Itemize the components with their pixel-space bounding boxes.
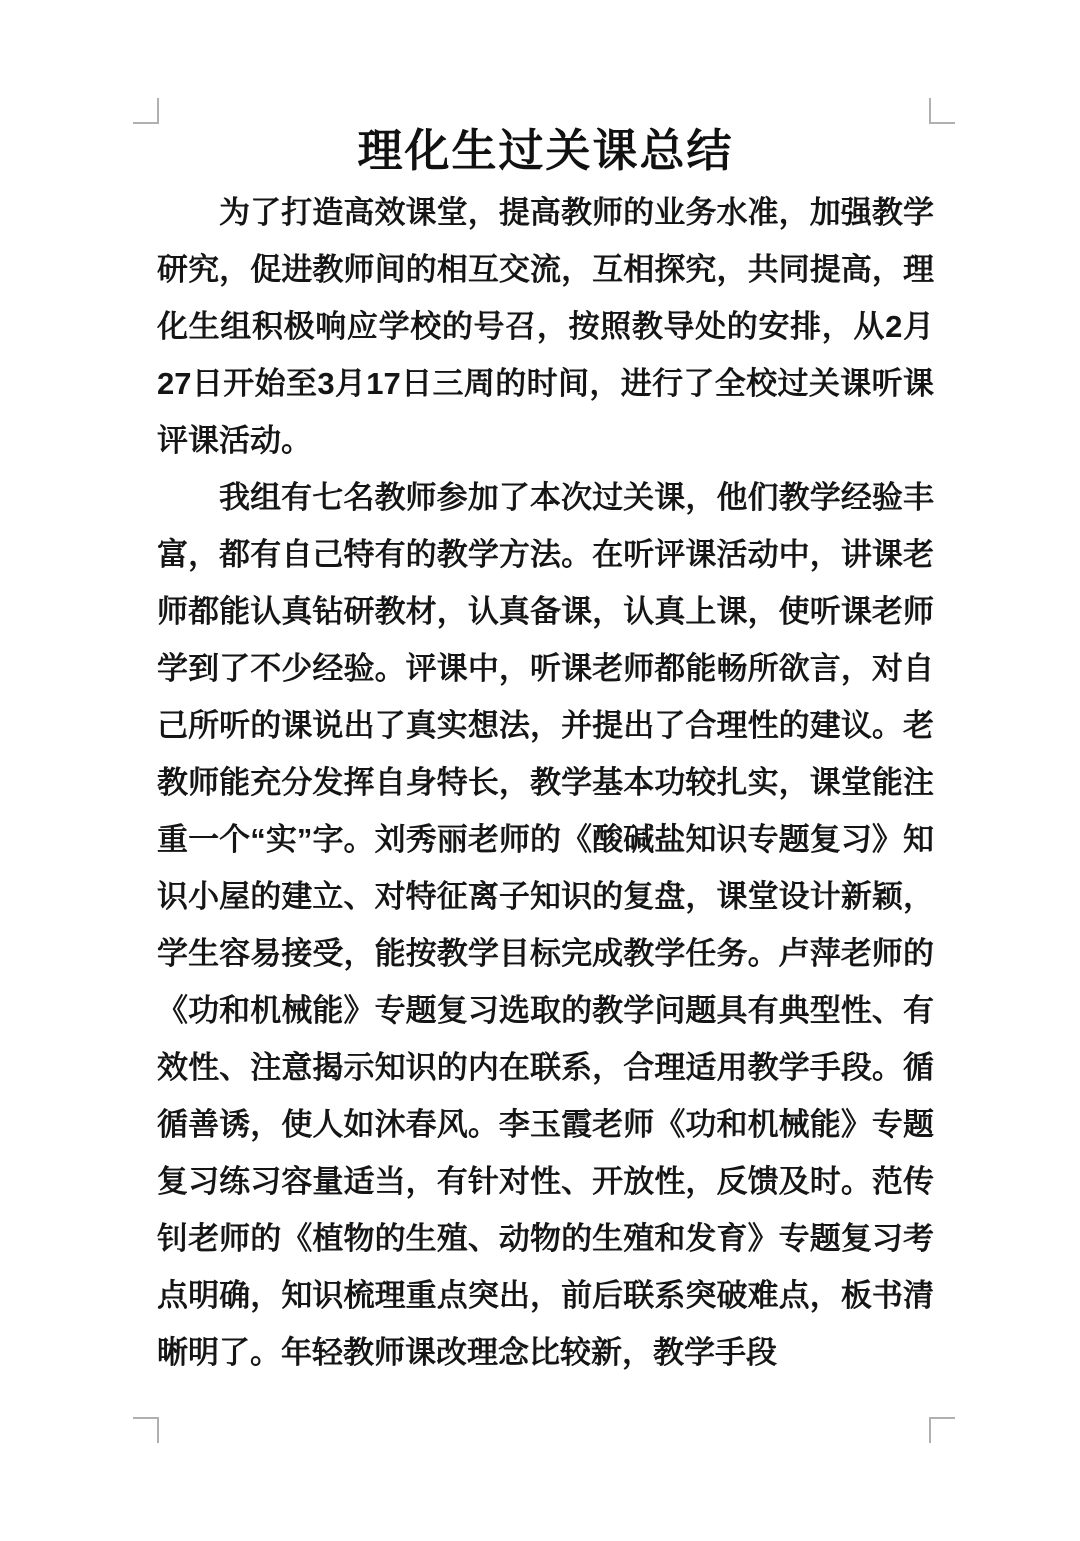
- paragraph-teachers-review: 我组有七名教师参加了本次过关课，他们教学经验丰富，都有自己特有的教学方法。在听评…: [157, 469, 934, 1381]
- crop-mark-bottom-right: [929, 1417, 955, 1443]
- paragraph-intro: 为了打造高效课堂，提高教师的业务水准，加强教学研究，促进教师间的相互交流，互相探…: [157, 184, 934, 469]
- crop-mark-top-left: [133, 98, 159, 124]
- document-page: 理化生过关课总结 为了打造高效课堂，提高教师的业务水准，加强教学研究，促进教师间…: [0, 0, 1080, 1541]
- document-content: 理化生过关课总结 为了打造高效课堂，提高教师的业务水准，加强教学研究，促进教师间…: [157, 118, 934, 1381]
- crop-mark-bottom-left: [133, 1417, 159, 1443]
- document-title: 理化生过关课总结: [157, 118, 934, 184]
